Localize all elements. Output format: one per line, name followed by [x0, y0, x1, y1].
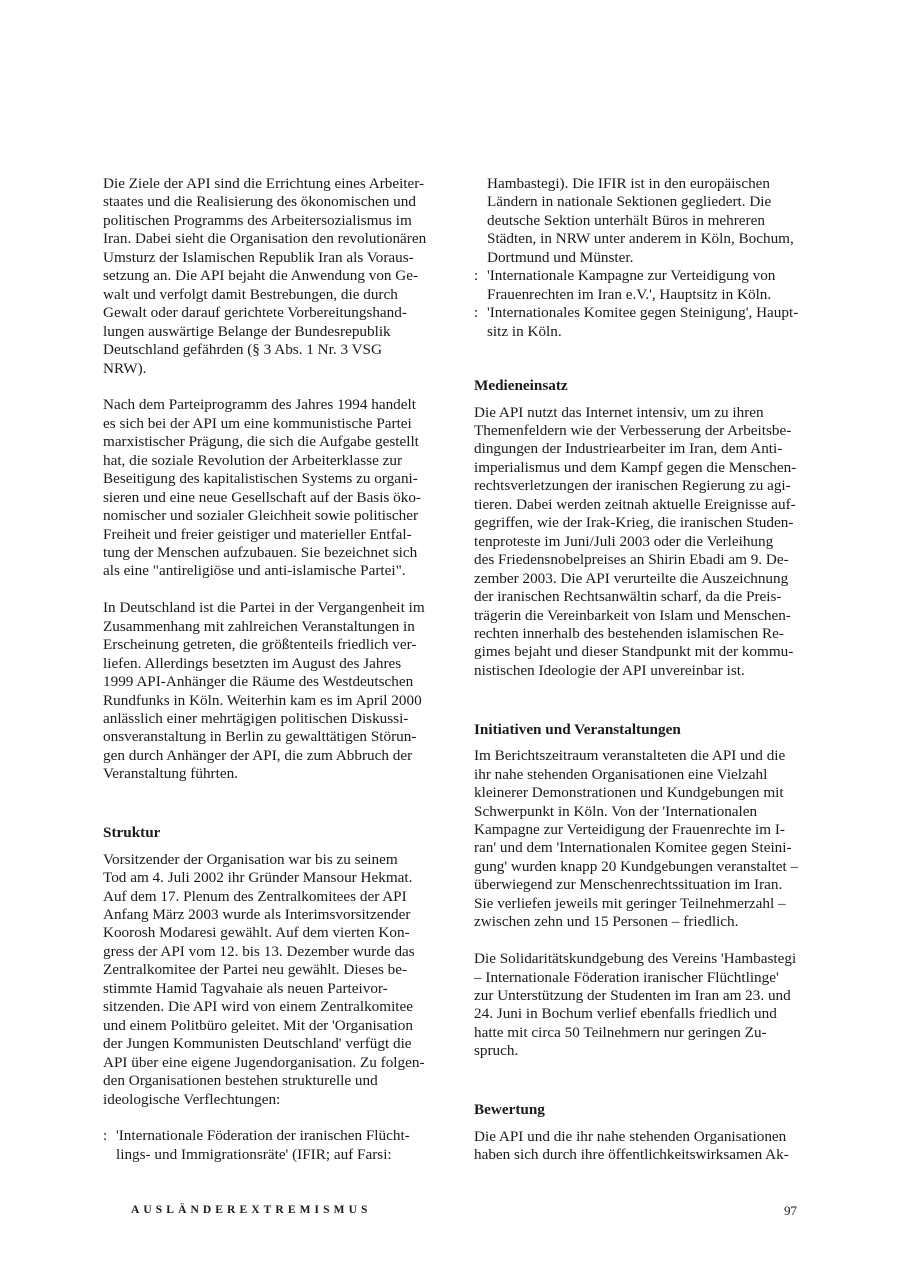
text-line: der Jungen Kommunisten Deutschland' verf… — [103, 1035, 433, 1053]
paragraph-goals: Die Ziele der API sind die Errichtung ei… — [103, 175, 433, 378]
text-line: zur Unterstützung der Studenten im Iran … — [474, 987, 804, 1005]
text-line: ran' und dem 'Internationalen Komitee ge… — [474, 839, 804, 857]
list-item-steinigung: : 'Internationales Komitee gegen Steinig… — [474, 304, 804, 341]
text-line: Koorosh Modaresi gewählt. Auf dem vierte… — [103, 924, 433, 942]
text-line: nomischer und sozialer Gleichheit sowie … — [103, 507, 433, 525]
text-line: tenproteste im Juni/Juli 2003 oder die V… — [474, 533, 804, 551]
page-number: 97 — [784, 1203, 797, 1219]
text-line: Themenfeldern wie der Verbesserung der A… — [474, 422, 804, 440]
text-line: der iranischen Rechtsanwältin scharf, da… — [474, 588, 804, 606]
bullet-mark: : — [474, 267, 478, 285]
list-item-text: 'Internationale Kampagne zur Verteidigun… — [487, 267, 804, 304]
text-line: kleinerer Demonstrationen und Kundgebung… — [474, 784, 804, 802]
text-line: trägerin die Vereinbarkeit von Islam und… — [474, 607, 804, 625]
text-line: überwiegend zur Menschenrechtssituation … — [474, 876, 804, 894]
left-column: Die Ziele der API sind die Errichtung ei… — [103, 175, 433, 1164]
text-line: Auf dem 17. Plenum des Zentralkomitees d… — [103, 888, 433, 906]
list-item-text: Hambastegi). Die IFIR ist in den europäi… — [487, 175, 804, 267]
text-line: Anfang März 2003 wurde als Interimsvorsi… — [103, 906, 433, 924]
bullet-mark: : — [103, 1127, 107, 1145]
text-line: Die Solidaritätskundgebung des Vereins '… — [474, 950, 804, 968]
list-item-ifir: : 'Internationale Föderation der iranisc… — [103, 1127, 433, 1164]
list-item-text: 'Internationale Föderation der iranische… — [116, 1127, 433, 1164]
text-line: Erscheinung getreten, die größtenteils f… — [103, 636, 433, 654]
text-line: Frauenrechten im Iran e.V.', Hauptsitz i… — [487, 286, 804, 304]
text-line: rechtsverletzungen der iranischen Regier… — [474, 477, 804, 495]
paragraph-initiatives: Im Berichtszeitraum veranstalteten die A… — [474, 747, 804, 932]
text-line: Schwerpunkt in Köln. Von der 'Internatio… — [474, 803, 804, 821]
text-line: setzung an. Die API bejaht die Anwendung… — [103, 267, 433, 285]
text-line: Gewalt oder darauf gerichtete Vorbereitu… — [103, 304, 433, 322]
text-line: 'Internationales Komitee gegen Steinigun… — [487, 304, 804, 322]
text-line: Kampagne zur Verteidigung der Frauenrech… — [474, 821, 804, 839]
heading-medieneinsatz: Medieneinsatz — [474, 377, 804, 395]
text-line: Freiheit und freier geistiger und materi… — [103, 526, 433, 544]
text-line: rechten innerhalb des bestehenden islami… — [474, 625, 804, 643]
text-line: Rundfunks in Köln. Weiterhin kam es im A… — [103, 692, 433, 710]
text-line: sieren und eine neue Gesellschaft auf de… — [103, 489, 433, 507]
text-line: Veranstaltung führten. — [103, 765, 433, 783]
text-line: hat, die soziale Revolution der Arbeiter… — [103, 452, 433, 470]
text-line: 1999 API-Anhänger die Räume des Westdeut… — [103, 673, 433, 691]
text-line: politischen Programms des Arbeitersozial… — [103, 212, 433, 230]
text-line: nistischen Ideologie der API unvereinbar… — [474, 662, 804, 680]
text-line: lungen auswärtige Belange der Bundesrepu… — [103, 323, 433, 341]
text-line: onsveranstaltung in Berlin zu gewalttäti… — [103, 728, 433, 746]
text-line: Zusammenhang mit zahlreichen Veranstaltu… — [103, 618, 433, 636]
list-item-ifir-continued: Hambastegi). Die IFIR ist in den europäi… — [474, 175, 804, 267]
paragraph-media: Die API nutzt das Internet intensiv, um … — [474, 404, 804, 681]
text-line: API über eine eigene Jugendorganisation.… — [103, 1054, 433, 1072]
list-item-text: 'Internationales Komitee gegen Steinigun… — [487, 304, 804, 341]
text-line: Zentralkomitee der Partei neu gewählt. D… — [103, 961, 433, 979]
text-line: gen durch Anhänger der API, die zum Abbr… — [103, 747, 433, 765]
text-line: Die API und die ihr nahe stehenden Organ… — [474, 1128, 804, 1146]
text-line: hatte mit circa 50 Teilnehmern nur gerin… — [474, 1024, 804, 1042]
text-line: Iran. Dabei sieht die Organisation den r… — [103, 230, 433, 248]
text-line: gimes bejaht und dieser Standpunkt mit d… — [474, 643, 804, 661]
text-line: staates und die Realisierung des ökonomi… — [103, 193, 433, 211]
text-line: spruch. — [474, 1042, 804, 1060]
list-item-frauenrechte: : 'Internationale Kampagne zur Verteidig… — [474, 267, 804, 304]
text-line: sitz in Köln. — [487, 323, 804, 341]
paragraph-germany-activities: In Deutschland ist die Partei in der Ver… — [103, 599, 433, 784]
text-line: Im Berichtszeitraum veranstalteten die A… — [474, 747, 804, 765]
text-line: es sich bei der API um eine kommunistisc… — [103, 415, 433, 433]
text-line: deutsche Sektion unterhält Büros in mehr… — [487, 212, 804, 230]
text-line: dingungen der Industriearbeiter im Iran,… — [474, 440, 804, 458]
text-line: Umsturz der Islamischen Republik Iran al… — [103, 249, 433, 267]
text-line: In Deutschland ist die Partei in der Ver… — [103, 599, 433, 617]
paragraph-party-program: Nach dem Parteiprogramm des Jahres 1994 … — [103, 396, 433, 581]
text-line: gress der API vom 12. bis 13. Dezember w… — [103, 943, 433, 961]
text-line: Vorsitzender der Organisation war bis zu… — [103, 851, 433, 869]
text-line: – Internationale Föderation iranischer F… — [474, 969, 804, 987]
text-line: haben sich durch ihre öffentlichkeitswir… — [474, 1146, 804, 1164]
text-line: Sie verliefen jeweils mit geringer Teiln… — [474, 895, 804, 913]
text-line: 'Internationale Föderation der iranische… — [116, 1127, 433, 1145]
text-line: Die API nutzt das Internet intensiv, um … — [474, 404, 804, 422]
text-line: den Organisationen bestehen strukturelle… — [103, 1072, 433, 1090]
heading-bewertung: Bewertung — [474, 1101, 804, 1119]
text-line: ideologische Verflechtungen: — [103, 1091, 433, 1109]
text-line: Städten, in NRW unter anderem in Köln, B… — [487, 230, 804, 248]
text-line: Deutschland gefährden (§ 3 Abs. 1 Nr. 3 … — [103, 341, 433, 359]
text-line: anlässlich einer mehrtägigen politischen… — [103, 710, 433, 728]
text-line: 'Internationale Kampagne zur Verteidigun… — [487, 267, 804, 285]
text-line: stimmte Hamid Tagvahaie als neuen Partei… — [103, 980, 433, 998]
text-line: imperialismus und dem Kampf gegen die Me… — [474, 459, 804, 477]
text-line: Hambastegi). Die IFIR ist in den europäi… — [487, 175, 804, 193]
text-line: gung' wurden knapp 20 Kundgebungen veran… — [474, 858, 804, 876]
text-line: ihr nahe stehenden Organisationen eine V… — [474, 766, 804, 784]
right-column: Hambastegi). Die IFIR ist in den europäi… — [474, 175, 804, 1183]
running-footer-section-title: AUSLÄNDEREXTREMISMUS — [131, 1204, 371, 1216]
heading-initiativen: Initiativen und Veranstaltungen — [474, 721, 804, 739]
text-line: Ländern in nationale Sektionen geglieder… — [487, 193, 804, 211]
text-line: liefen. Allerdings besetzten im August d… — [103, 655, 433, 673]
text-line: Dortmund und Münster. — [487, 249, 804, 267]
text-line: NRW). — [103, 360, 433, 378]
text-line: Die Ziele der API sind die Errichtung ei… — [103, 175, 433, 193]
text-line: lings- und Immigrationsräte' (IFIR; auf … — [116, 1146, 433, 1164]
text-line: tieren. Dabei werden zeitnah aktuelle Er… — [474, 496, 804, 514]
text-line: Tod am 4. Juli 2002 ihr Gründer Mansour … — [103, 869, 433, 887]
heading-struktur: Struktur — [103, 824, 433, 842]
text-line: zwischen zehn und 15 Personen – friedlic… — [474, 913, 804, 931]
paragraph-solidarity-rally: Die Solidaritätskundgebung des Vereins '… — [474, 950, 804, 1061]
bullet-mark: : — [474, 304, 478, 322]
text-line: sitzenden. Die API wird von einem Zentra… — [103, 998, 433, 1016]
text-line: tung der Menschen aufzubauen. Sie bezeic… — [103, 544, 433, 562]
text-line: des Friedensnobelpreises an Shirin Ebadi… — [474, 551, 804, 569]
text-line: marxistischer Prägung, die sich die Aufg… — [103, 433, 433, 451]
text-line: Beseitigung des kapitalistischen Systems… — [103, 470, 433, 488]
text-line: 24. Juni in Bochum verlief ebenfalls fri… — [474, 1005, 804, 1023]
paragraph-assessment: Die API und die ihr nahe stehenden Organ… — [474, 1128, 804, 1165]
text-line: walt und verfolgt damit Bestrebungen, di… — [103, 286, 433, 304]
text-line: als eine "antireligiöse und anti-islamis… — [103, 562, 433, 580]
text-line: und einem Politbüro geleitet. Mit der 'O… — [103, 1017, 433, 1035]
text-line: Nach dem Parteiprogramm des Jahres 1994 … — [103, 396, 433, 414]
text-line: zember 2003. Die API verurteilte die Aus… — [474, 570, 804, 588]
paragraph-structure: Vorsitzender der Organisation war bis zu… — [103, 851, 433, 1109]
text-line: gegriffen, wie der Irak-Krieg, die irani… — [474, 514, 804, 532]
